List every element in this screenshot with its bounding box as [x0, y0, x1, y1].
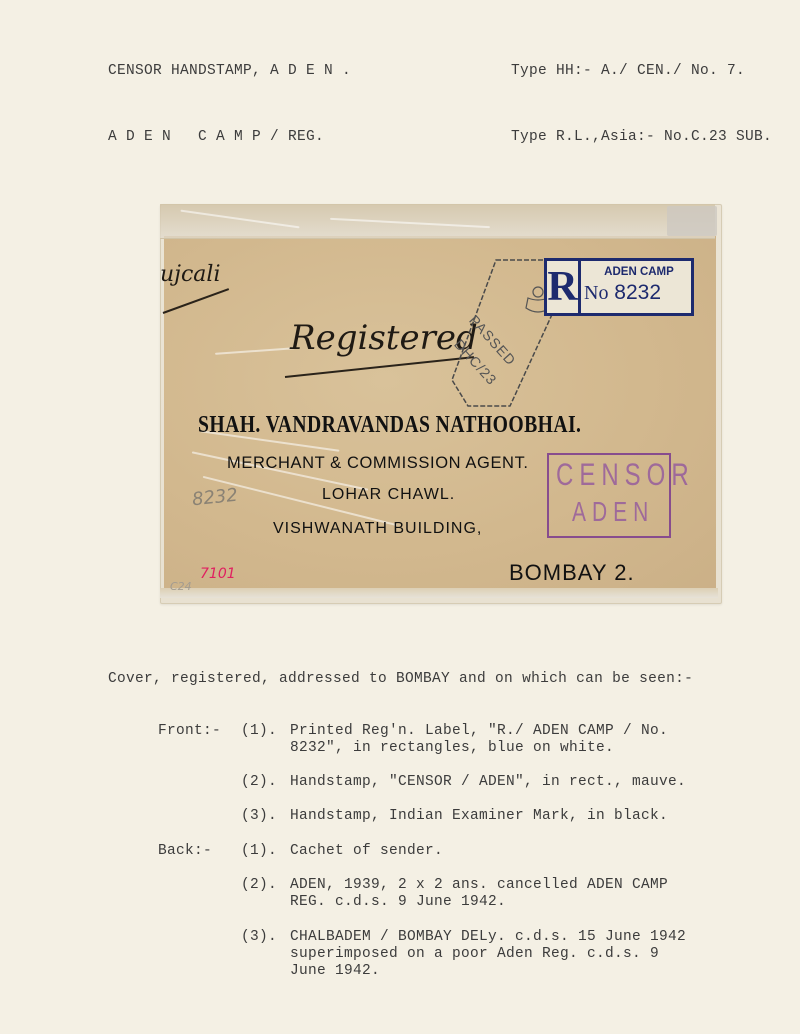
registration-label: R ADEN CAMP No 8232 — [544, 258, 694, 316]
front-item-2-text: Handstamp, "CENSOR / ADEN", in rect., ma… — [290, 774, 686, 790]
back-item-3-number: (3). — [241, 929, 277, 945]
back-item-3-text-cont: superimposed on a poor Aden Reg. c.d.s. … — [290, 946, 659, 962]
back-item-1-text: Cachet of sender. — [290, 843, 443, 859]
pencil-small-note: C24 — [170, 580, 192, 593]
cachet-address-line2: VISHWANATH BUILDING, — [273, 520, 482, 538]
censor-stamp-line2: ADEN — [572, 497, 654, 528]
sleeve-flap — [160, 204, 715, 239]
cachet-city: BOMBAY 2. — [509, 560, 635, 586]
album-page: CENSOR HANDSTAMP, A D E N . Type HH:- A.… — [0, 0, 800, 1034]
front-item-1-text: Printed Reg'n. Label, "R./ ADEN CAMP / N… — [290, 723, 668, 739]
back-item-1-number: (1). — [241, 843, 277, 859]
back-item-2-number: (2). — [241, 877, 277, 893]
back-label: Back:- — [158, 843, 212, 859]
front-item-2-number: (2). — [241, 774, 277, 790]
back-item-3-text-cont2: June 1942. — [290, 963, 380, 979]
front-item-3-text: Handstamp, Indian Examiner Mark, in blac… — [290, 808, 668, 824]
registration-office: ADEN CAMP — [587, 266, 691, 278]
registration-number-line: No 8232 — [584, 281, 661, 305]
front-label: Front:- — [158, 723, 221, 739]
censor-stamp-line1: CENSOR — [556, 458, 695, 494]
description-intro: Cover, registered, addressed to BOMBAY a… — [108, 671, 693, 687]
registration-number: 8232 — [614, 281, 661, 304]
cachet-occupation: MERCHANT & COMMISSION AGENT. — [227, 454, 529, 473]
header-type-reference: Type HH:- A./ CEN./ No. 7. — [511, 63, 745, 79]
handwritten-name: ujcali — [160, 262, 221, 287]
front-item-1-text-cont: 8232", in rectangles, blue on white. — [290, 740, 614, 756]
back-item-2-text: ADEN, 1939, 2 x 2 ans. cancelled ADEN CA… — [290, 877, 668, 893]
header-title: CENSOR HANDSTAMP, A D E N . — [108, 63, 351, 79]
back-item-2-text-cont: REG. c.d.s. 9 June 1942. — [290, 894, 506, 910]
red-catalogue-note: 7101 — [200, 566, 236, 582]
front-item-1-number: (1). — [241, 723, 277, 739]
cachet-name: SHAH. VANDRAVANDAS NATHOOBHAI. — [198, 412, 581, 439]
sleeve-tab — [667, 206, 717, 236]
registration-letter: R — [547, 261, 581, 313]
back-item-3-text: CHALBADEM / BOMBAY DELy. c.d.s. 15 June … — [290, 929, 686, 945]
front-item-3-number: (3). — [241, 808, 277, 824]
header-label-type: Type R.L.,Asia:- No.C.23 SUB. — [511, 129, 772, 145]
registration-number-prefix: No — [584, 282, 608, 304]
cachet-address-line1: LOHAR CHAWL. — [322, 486, 455, 504]
sleeve-bottom-edge — [160, 588, 718, 598]
header-subtitle: A D E N C A M P / REG. — [108, 129, 324, 145]
